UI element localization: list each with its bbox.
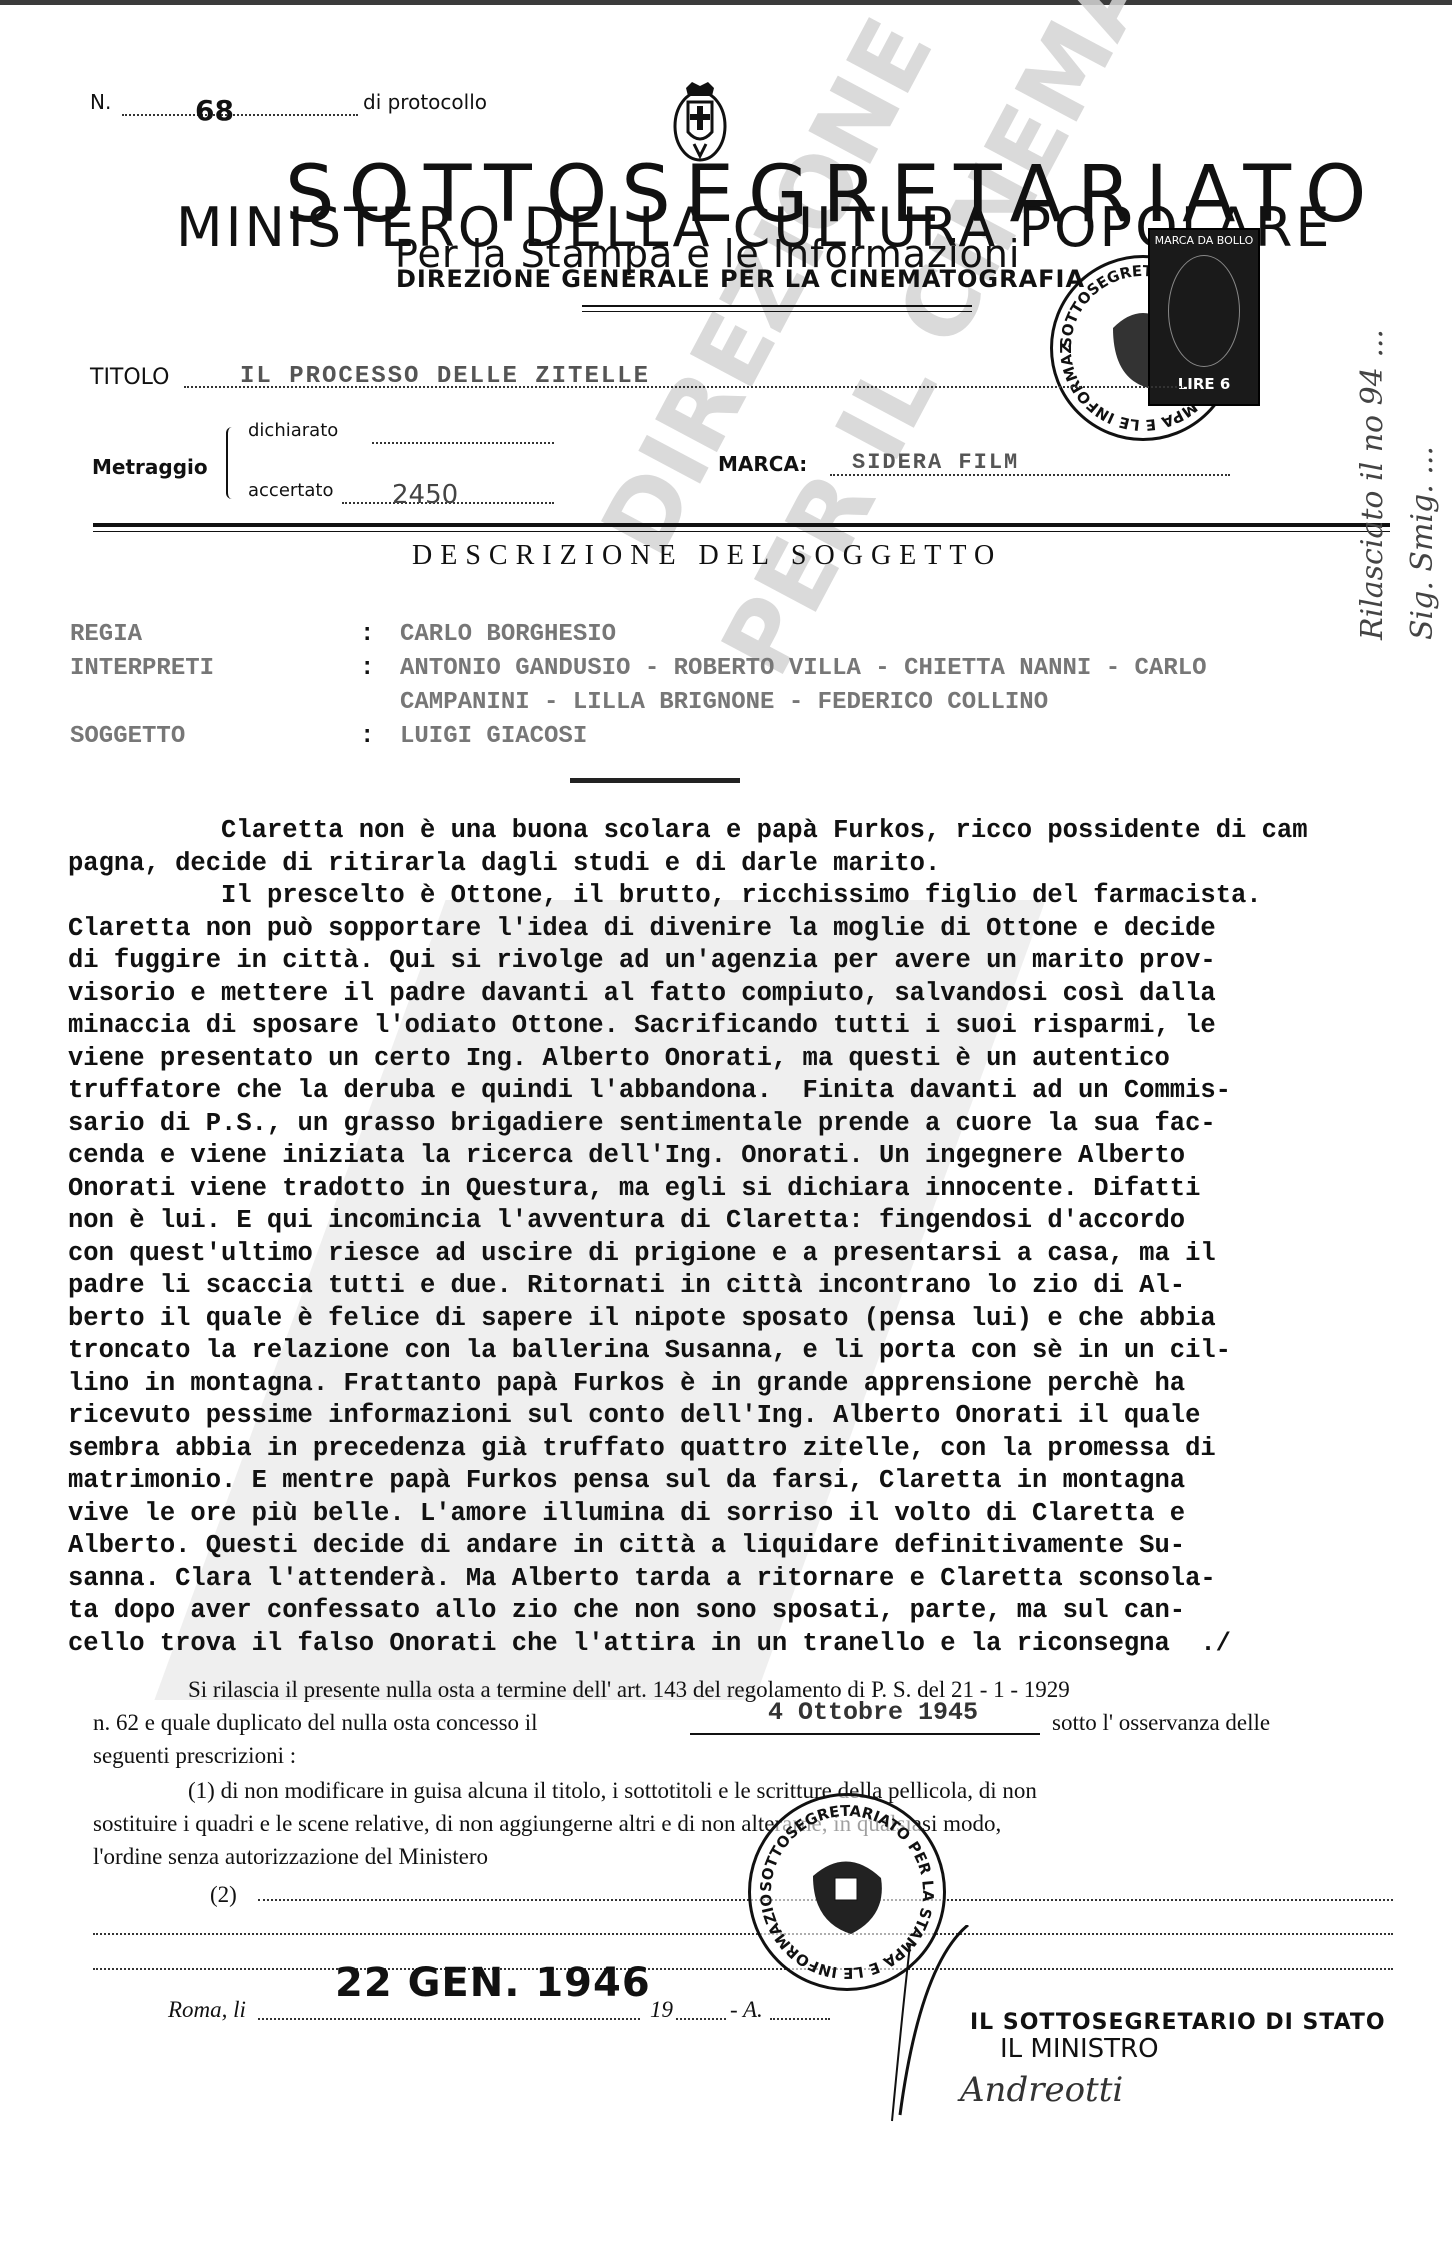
signatory-title-2: IL MINISTRO bbox=[1000, 2034, 1159, 2064]
tax-stamp: MARCA DA BOLLO LIRE 6 bbox=[1148, 228, 1260, 406]
era-line bbox=[770, 2018, 830, 2020]
credit-colon: : bbox=[360, 720, 400, 754]
marca-label: MARCA: bbox=[718, 452, 807, 476]
plot-synopsis: Claretta non è una buona scolara e papà … bbox=[68, 815, 1398, 1660]
concession-date-line bbox=[690, 1733, 1040, 1735]
credit-row-interpreti-cont: CAMPANINI - LILLA BRIGNONE - FEDERICO CO… bbox=[70, 686, 1452, 720]
credit-value: ANTONIO GANDUSIO - ROBERTO VILLA - CHIET… bbox=[400, 652, 1452, 686]
signatory-title: IL SOTTOSEGRETARIO DI STATO bbox=[970, 2010, 1386, 2035]
section-rule-thick bbox=[93, 523, 1390, 527]
header-rule bbox=[582, 305, 972, 307]
accertato-value: 2450 bbox=[392, 480, 458, 510]
protocol-prefix: N. bbox=[90, 90, 111, 114]
section-rule-thin bbox=[93, 531, 1390, 532]
credit-colon: : bbox=[360, 652, 400, 686]
marca-value: SIDERA FILM bbox=[852, 450, 1019, 475]
protocol-label: di protocollo bbox=[363, 90, 487, 114]
era-label: - A. bbox=[730, 1997, 763, 2023]
metraggio-brace bbox=[226, 427, 236, 499]
place-label: Roma, li bbox=[168, 1997, 246, 2023]
date-stamp: 22 GEN. 1946 bbox=[335, 1960, 651, 2006]
margin-handwritten-note-2: Sig. Smig. ... bbox=[1405, 446, 1440, 640]
margin-handwritten-note-1: Rilasciato il no 94 ... bbox=[1355, 329, 1390, 640]
credit-colon: : bbox=[360, 618, 400, 652]
year-line bbox=[676, 2018, 726, 2020]
credit-key: INTERPRETI bbox=[70, 652, 360, 686]
credit-row-regia: REGIA : CARLO BORGHESIO bbox=[70, 618, 1452, 652]
prescription-line-3 bbox=[93, 1968, 1393, 1970]
prescription-2-label: (2) bbox=[210, 1878, 237, 1911]
titolo-label: TITOLO bbox=[90, 365, 169, 390]
header-rule-thin bbox=[582, 311, 972, 312]
credits-separator bbox=[570, 778, 740, 783]
credit-key bbox=[70, 686, 360, 720]
prescription-1c: l'ordine senza autorizzazione del Minist… bbox=[93, 1840, 488, 1873]
credit-row-interpreti: INTERPRETI : ANTONIO GANDUSIO - ROBERTO … bbox=[70, 652, 1452, 686]
credit-key: SOGGETTO bbox=[70, 720, 360, 754]
dichiarato-label: dichiarato bbox=[248, 420, 338, 441]
credit-value: CARLO BORGHESIO bbox=[400, 618, 1452, 652]
credit-value: LUIGI GIACOSI bbox=[400, 720, 1452, 754]
tax-stamp-portrait bbox=[1168, 255, 1240, 367]
credit-value: CAMPANINI - LILLA BRIGNONE - FEDERICO CO… bbox=[400, 686, 1452, 720]
dichiarato-line bbox=[372, 442, 554, 444]
legal-paragraph-1d: seguenti prescrizioni : bbox=[93, 1739, 296, 1772]
protocol-dotted-line bbox=[122, 114, 358, 116]
year-prefix: 19 bbox=[650, 1997, 673, 2023]
credits-block: REGIA : CARLO BORGHESIO INTERPRETI : ANT… bbox=[70, 618, 1452, 754]
credit-colon-empty bbox=[360, 686, 400, 720]
protocol-number: 68 bbox=[195, 94, 234, 127]
titolo-value: IL PROCESSO DELLE ZITELLE bbox=[240, 363, 650, 390]
header-direzione: DIREZIONE GENERALE PER LA CINEMATOGRAFIA bbox=[396, 265, 1085, 293]
concession-date: 4 Ottobre 1945 bbox=[768, 1698, 978, 1727]
credit-row-soggetto: SOGGETTO : LUIGI GIACOSI bbox=[70, 720, 1452, 754]
accertato-label: accertato bbox=[248, 480, 333, 501]
tax-stamp-title: MARCA DA BOLLO bbox=[1150, 230, 1258, 247]
credit-key: REGIA bbox=[70, 618, 360, 652]
handwritten-signature: Andreotti bbox=[960, 2070, 1123, 2110]
legal-paragraph-1c: sotto l' osservanza delle bbox=[1052, 1706, 1270, 1739]
description-title: DESCRIZIONE DEL SOGGETTO bbox=[412, 540, 1002, 572]
date-line bbox=[258, 2018, 640, 2020]
metraggio-label: Metraggio bbox=[92, 455, 208, 479]
tax-stamp-value: LIRE 6 bbox=[1150, 375, 1258, 393]
scan-top-border bbox=[0, 0, 1452, 5]
prescription-line-2 bbox=[93, 1933, 1393, 1935]
legal-paragraph-1b: n. 62 e quale duplicato del nulla osta c… bbox=[93, 1706, 538, 1739]
